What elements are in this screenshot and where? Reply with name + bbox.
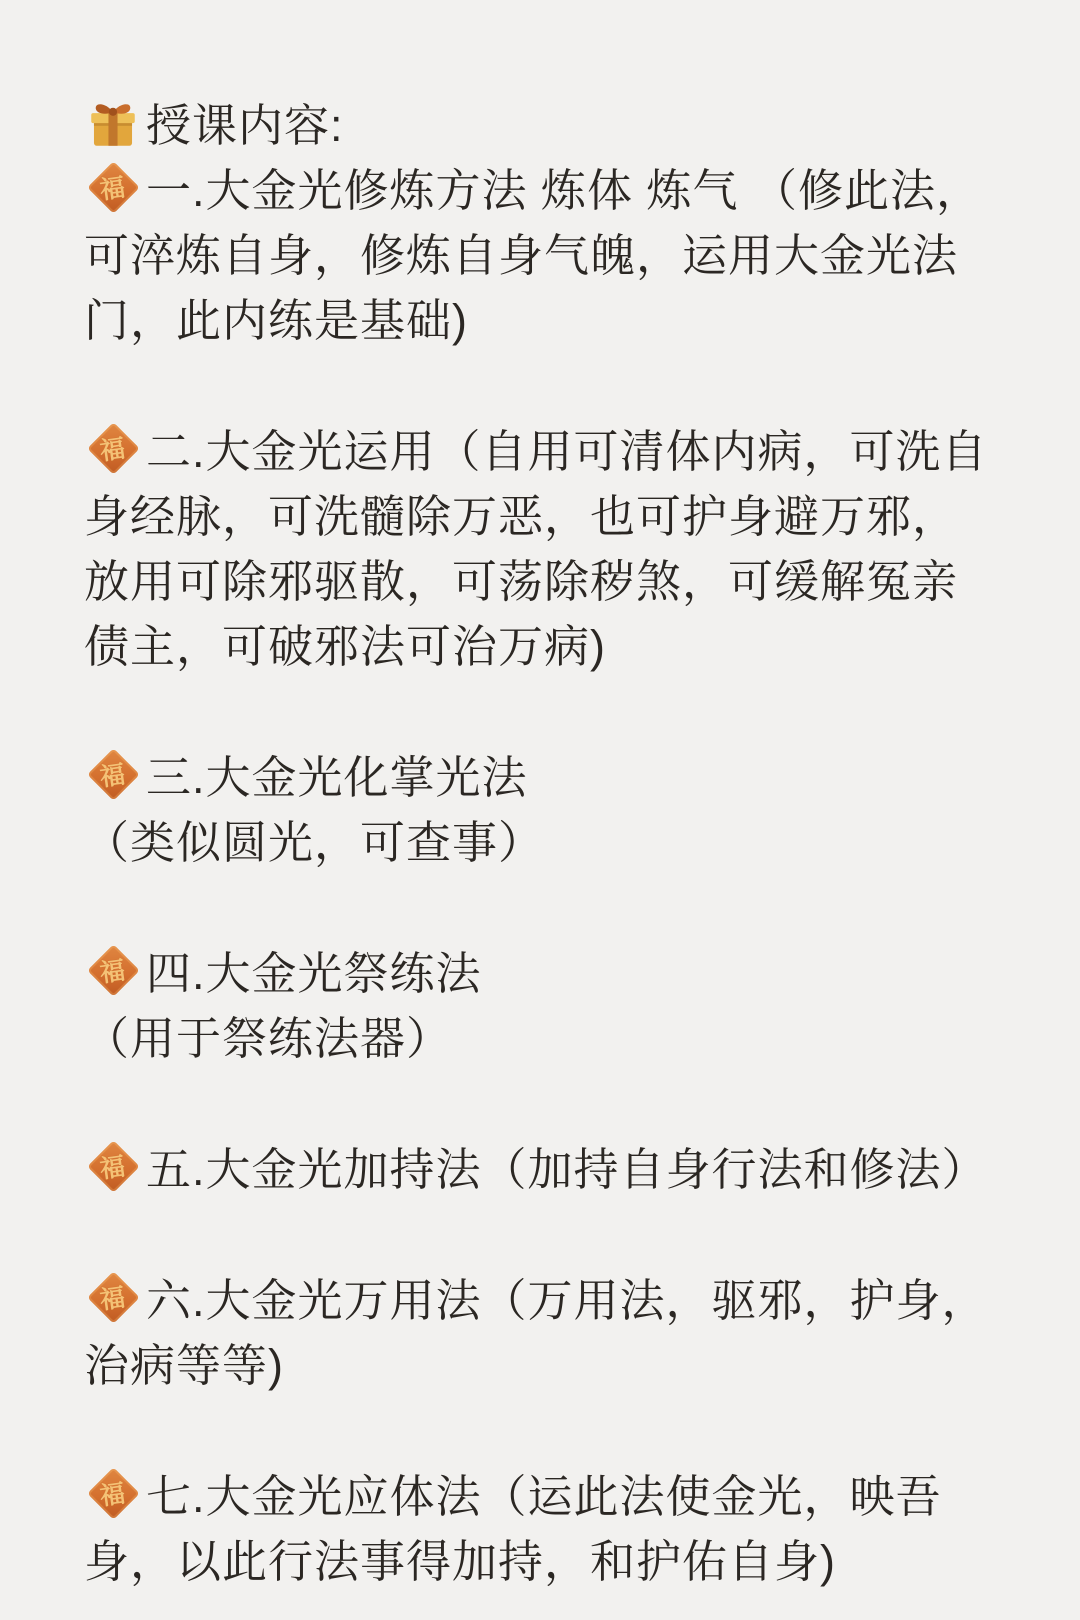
fu-character: 福 [80,418,145,482]
fu-character: 福 [80,744,145,808]
fu-blessing-icon: 福 [84,1270,142,1326]
fu-blessing-icon: 福 [84,1466,142,1522]
course-item-text: 四.大金光祭练法 （用于祭练法器） [84,948,482,1064]
course-item-text: 三.大金光化掌光法 （类似圆光，可查事） [84,752,544,868]
fu-character: 福 [80,940,145,1004]
fu-blessing-icon: 福 [84,160,142,216]
fu-character: 福 [80,1136,145,1200]
fu-character: 福 [80,157,145,221]
fu-blessing-icon: 福 [84,1139,142,1195]
page-title-line: 授课内容: [84,28,1022,158]
course-item-6: 福六.大金光万用法（万用法，驱邪，护身， 治病等等) [84,1268,1022,1398]
fu-character: 福 [80,1463,145,1527]
course-item-7: 福七.大金光应体法（运此法使金光，映吾 身，以此行法事得加持，和护佑自身) [84,1464,1022,1594]
fu-character: 福 [80,1267,145,1331]
course-item-text: 六.大金光万用法（万用法，驱邪，护身， 治病等等) [84,1275,988,1391]
course-item-text: 二.大金光运用（自用可清体内病，可洗自 身经脉，可洗髓除万恶，也可护身避万邪， … [84,426,988,672]
course-item-3: 福三.大金光化掌光法 （类似圆光，可查事） [84,745,1022,875]
course-item-1: 福一.大金光修炼方法 炼体 炼气 （修此法， 可淬炼自身，修炼自身气魄，运用大金… [84,158,1022,353]
course-item-5: 福五.大金光加持法（加持自身行法和修法） [84,1137,1022,1202]
page-title: 授课内容: [146,100,344,151]
fu-blessing-icon: 福 [84,943,142,999]
document-page: 授课内容: 福一.大金光修炼方法 炼体 炼气 （修此法， 可淬炼自身，修炼自身气… [0,0,1080,1620]
fu-blessing-icon: 福 [84,421,142,477]
course-item-text: 五.大金光加持法（加持自身行法和修法） [146,1144,988,1195]
course-item-text: 一.大金光修炼方法 炼体 炼气 （修此法， 可淬炼自身，修炼自身气魄，运用大金光… [84,165,982,346]
course-item-4: 福四.大金光祭练法 （用于祭练法器） [84,941,1022,1071]
course-item-2: 福二.大金光运用（自用可清体内病，可洗自 身经脉，可洗髓除万恶，也可护身避万邪，… [84,419,1022,679]
course-item-text: 七.大金光应体法（运此法使金光，映吾 身，以此行法事得加持，和护佑自身) [84,1471,942,1587]
fu-blessing-icon: 福 [84,747,142,803]
gift-icon [84,95,142,153]
